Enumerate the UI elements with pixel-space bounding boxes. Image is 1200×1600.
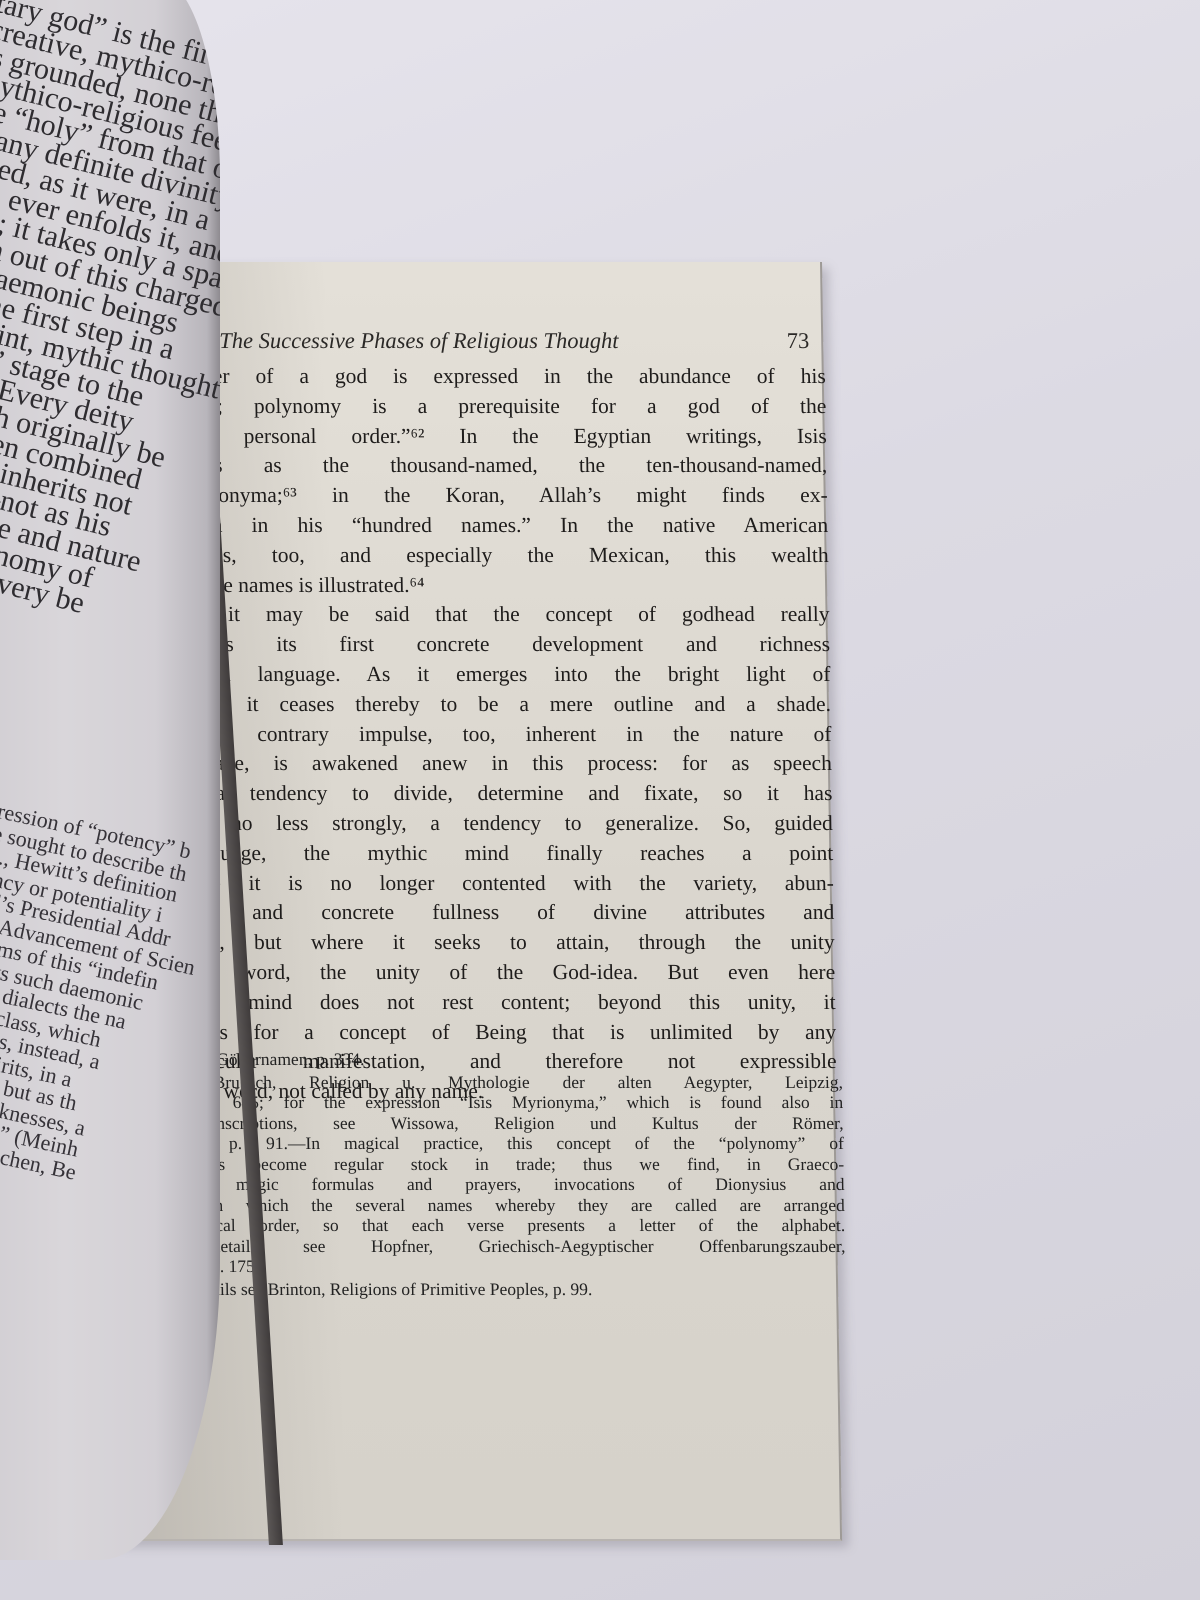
text-line: igions, too, and especially the Mexican,… [178, 541, 828, 571]
left-body-text: tary god” is the first creative, mythico… [0, 0, 220, 625]
text-line: power of a god is expressed in the abund… [176, 362, 826, 392]
text-line: ssion in his “hundred names.” In the nat… [178, 511, 828, 541]
text-line: myrionyma;⁶³ in the Koran, Allah’s might… [177, 481, 827, 511]
text-line: t a contrary impulse, too, inherent in t… [181, 720, 831, 750]
footnote-text: For details see Brinton, Religions of Pr… [162, 1279, 593, 1299]
text-line: thets; polynomy is a prerequisite for a … [176, 392, 826, 422]
left-footnote-text: ression of “potency” b e sought to descr… [0, 800, 220, 1199]
text-line: rives for a concept of Being that is unl… [186, 1018, 836, 1048]
text-line: language, the mythic mind finally reache… [183, 839, 833, 869]
text-line: divine names is illustrated.⁶⁴ [179, 571, 829, 601]
text-line: so, no less strongly, a tendency to gene… [183, 809, 833, 839]
text-line: mes, but where it seeks to attain, throu… [184, 928, 834, 958]
text-line: her, personal order.”⁶² In the Egyptian … [177, 422, 827, 452]
left-page-curled: tary god” is the first creative, mythico… [0, 0, 220, 1560]
footnote-text: Cf. Brugsch, Religion u. Mythologie der … [159, 1072, 843, 1092]
text-line: an’s mind does not rest content; beyond … [185, 988, 835, 1018]
text-line: pears as the thousand-named, the ten-tho… [177, 451, 827, 481]
body-text: power of a god is expressed in the abund… [176, 362, 838, 1107]
text-line: nce and concrete fullness of divine attr… [184, 898, 834, 928]
text-line: So it may be said that the concept of go… [179, 600, 829, 630]
text-line: eech, it ceases thereby to be a mere out… [181, 690, 831, 720]
text-line: the word, the unity of the God-idea. But… [185, 958, 835, 988]
text-line: s a tendency to divide, determine and fi… [182, 779, 832, 809]
chapter-title: The Successive Phases of Religious Thoug… [219, 328, 619, 354]
text-line: nguage, is awakened anew in this process… [182, 749, 832, 779]
running-head: The Successive Phases of Religious Thoug… [219, 328, 809, 354]
text-line: rough language. As it emerges into the b… [180, 660, 830, 690]
text-line: ceives its first concrete development an… [180, 630, 830, 660]
text-line: here it is no longer contented with the … [184, 869, 834, 899]
page-number: 73 [787, 328, 810, 354]
